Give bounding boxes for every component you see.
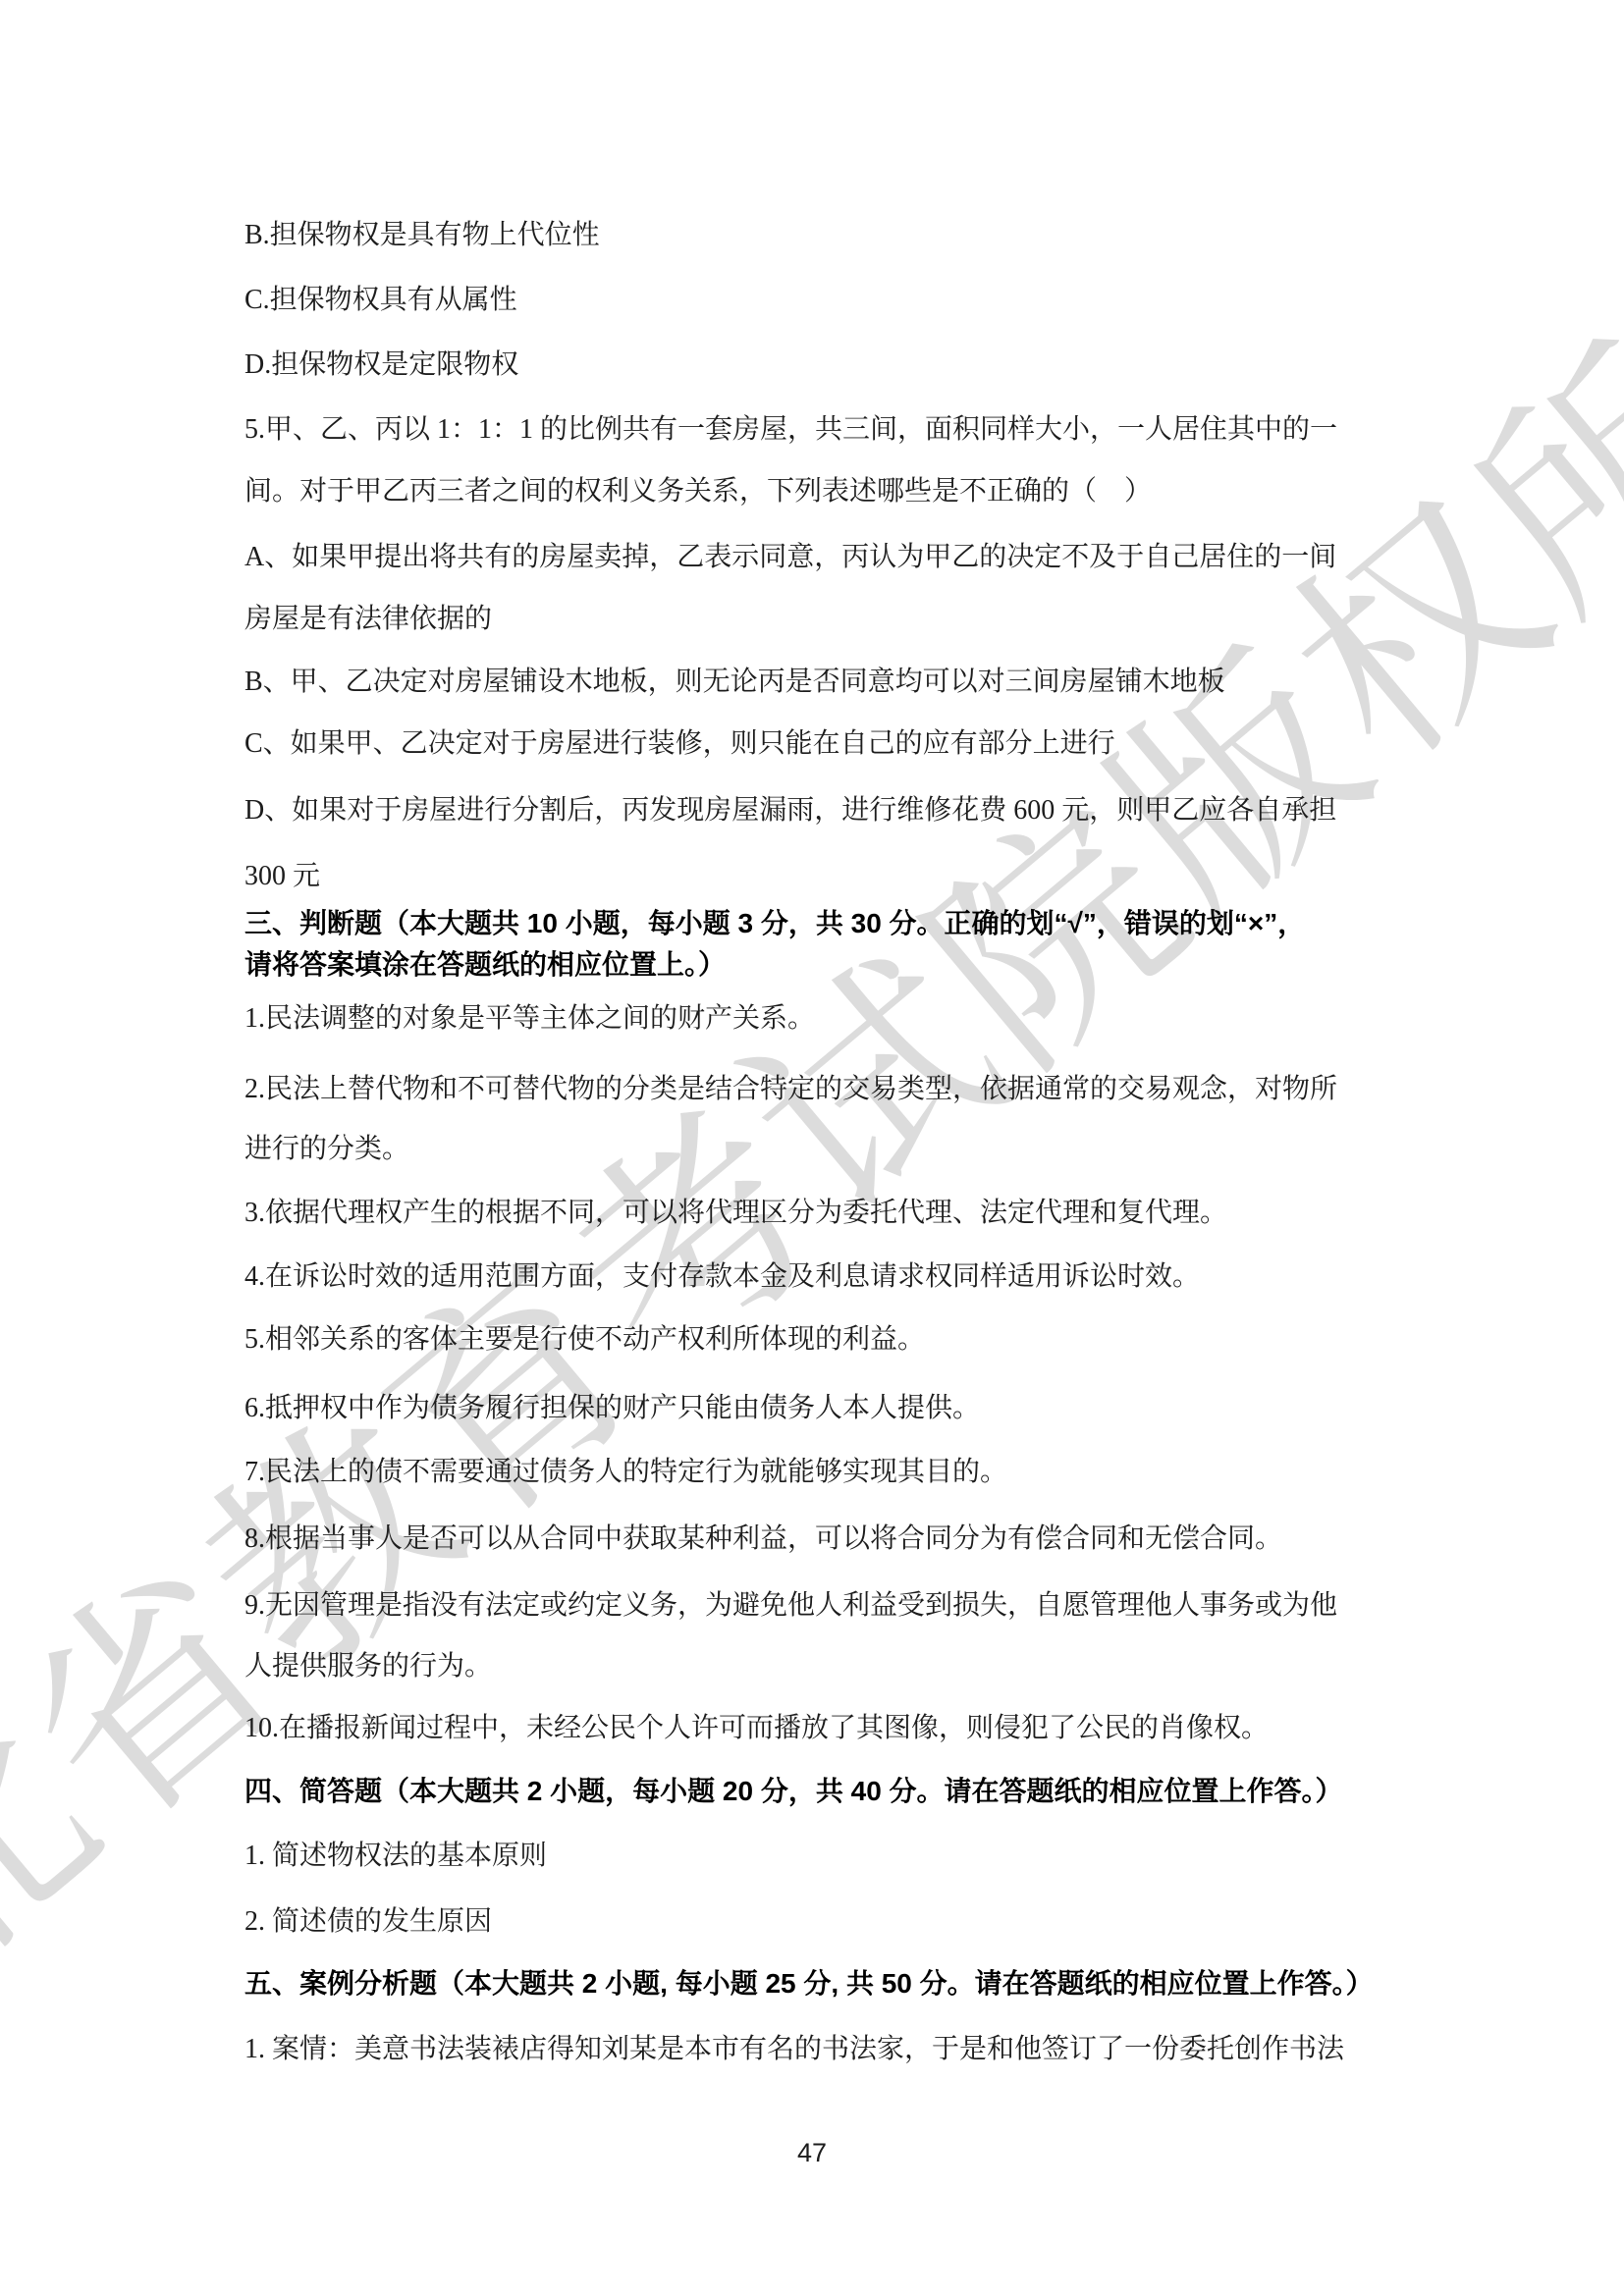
q5-option-a-line-2: 房屋是有法律依据的 (244, 602, 492, 637)
tf-item-4: 4.在诉讼时效的适用范围方面，支付存款本金及利息请求权同样适用诉讼时效。 (244, 1259, 1200, 1295)
tf-item-9-line-1: 9.无因管理是指没有法定或约定义务，为避免他人利益受到损失，自愿管理他人事务或为… (244, 1588, 1337, 1624)
q4-option-d: D.担保物权是定限物权 (244, 347, 518, 383)
tf-item-7: 7.民法上的债不需要通过债务人的特定行为就能够实现其目的。 (244, 1455, 1007, 1490)
section5-header: 五、案例分析题（本大题共 2 小题, 每小题 25 分, 共 50 分。请在答题… (244, 1966, 1374, 2002)
q5-stem-line-1: 5.甲、乙、丙以 1：1：1 的比例共有一套房屋，共三间，面积同样大小，一人居住… (244, 412, 1337, 448)
q5-option-a-line-1: A、如果甲提出将共有的房屋卖掉，乙表示同意，丙认为甲乙的决定不及于自己居住的一间 (244, 540, 1336, 575)
tf-item-6: 6.抵押权中作为债务履行担保的财产只能由债务人本人提供。 (244, 1391, 980, 1426)
tf-item-1: 1.民法调整的对象是平等主体之间的财产关系。 (244, 1001, 815, 1037)
q4-option-c: C.担保物权具有从属性 (244, 283, 517, 318)
short-answer-item-1: 1. 简述物权法的基本原则 (244, 1839, 547, 1874)
tf-item-2-line-2: 进行的分类。 (244, 1132, 409, 1167)
q5-stem-line-2: 间。对于甲乙丙三者之间的权利义务关系，下列表述哪些是不正确的（ ） (244, 474, 1152, 509)
tf-item-9-line-2: 人提供服务的行为。 (244, 1649, 492, 1684)
document-page: 河北省教育考试院版权所有 B.担保物权是具有物上代位性 C.担保物权具有从属性 … (0, 0, 1624, 2296)
short-answer-item-2: 2. 简述债的发生原因 (244, 1904, 492, 1940)
q5-option-c: C、如果甲、乙决定对于房屋进行装修，则只能在自己的应有部分上进行 (244, 726, 1115, 762)
q5-option-d-line-1: D、如果对于房屋进行分割后，丙发现房屋漏雨，进行维修花费 600 元，则甲乙应各… (244, 793, 1336, 828)
section4-header: 四、简答题（本大题共 2 小题，每小题 20 分，共 40 分。请在答题纸的相应… (244, 1774, 1343, 1809)
tf-item-10: 10.在播报新闻过程中，未经公民个人许可而播放了其图像，则侵犯了公民的肖像权。 (244, 1711, 1269, 1746)
tf-item-2-line-1: 2.民法上替代物和不可替代物的分类是结合特定的交易类型，依据通常的交易观念，对物… (244, 1072, 1337, 1107)
tf-item-5: 5.相邻关系的客体主要是行使不动产权利所体现的利益。 (244, 1322, 925, 1358)
case-item-1-line-1: 1. 案情：美意书法装裱店得知刘某是本市有名的书法家，于是和他签订了一份委托创作… (244, 2032, 1344, 2067)
tf-item-8: 8.根据当事人是否可以从合同中获取某种利益，可以将合同分为有偿合同和无偿合同。 (244, 1522, 1282, 1557)
tf-item-3: 3.依据代理权产生的根据不同，可以将代理区分为委托代理、法定代理和复代理。 (244, 1196, 1227, 1231)
exam-content: B.担保物权是具有物上代位性 C.担保物权具有从属性 D.担保物权是定限物权 5… (0, 0, 1624, 2296)
section3-header-line-2: 请将答案填涂在答题纸的相应位置上。） (244, 947, 726, 983)
section3-header-line-1: 三、判断题（本大题共 10 小题，每小题 3 分，共 30 分。正确的划“√”，… (244, 906, 1305, 941)
q5-option-b: B、甲、乙决定对房屋铺设木地板，则无论丙是否同意均可以对三间房屋铺木地板 (244, 665, 1225, 700)
q5-option-d-line-2: 300 元 (244, 859, 320, 894)
q4-option-b: B.担保物权是具有物上代位性 (244, 218, 600, 253)
